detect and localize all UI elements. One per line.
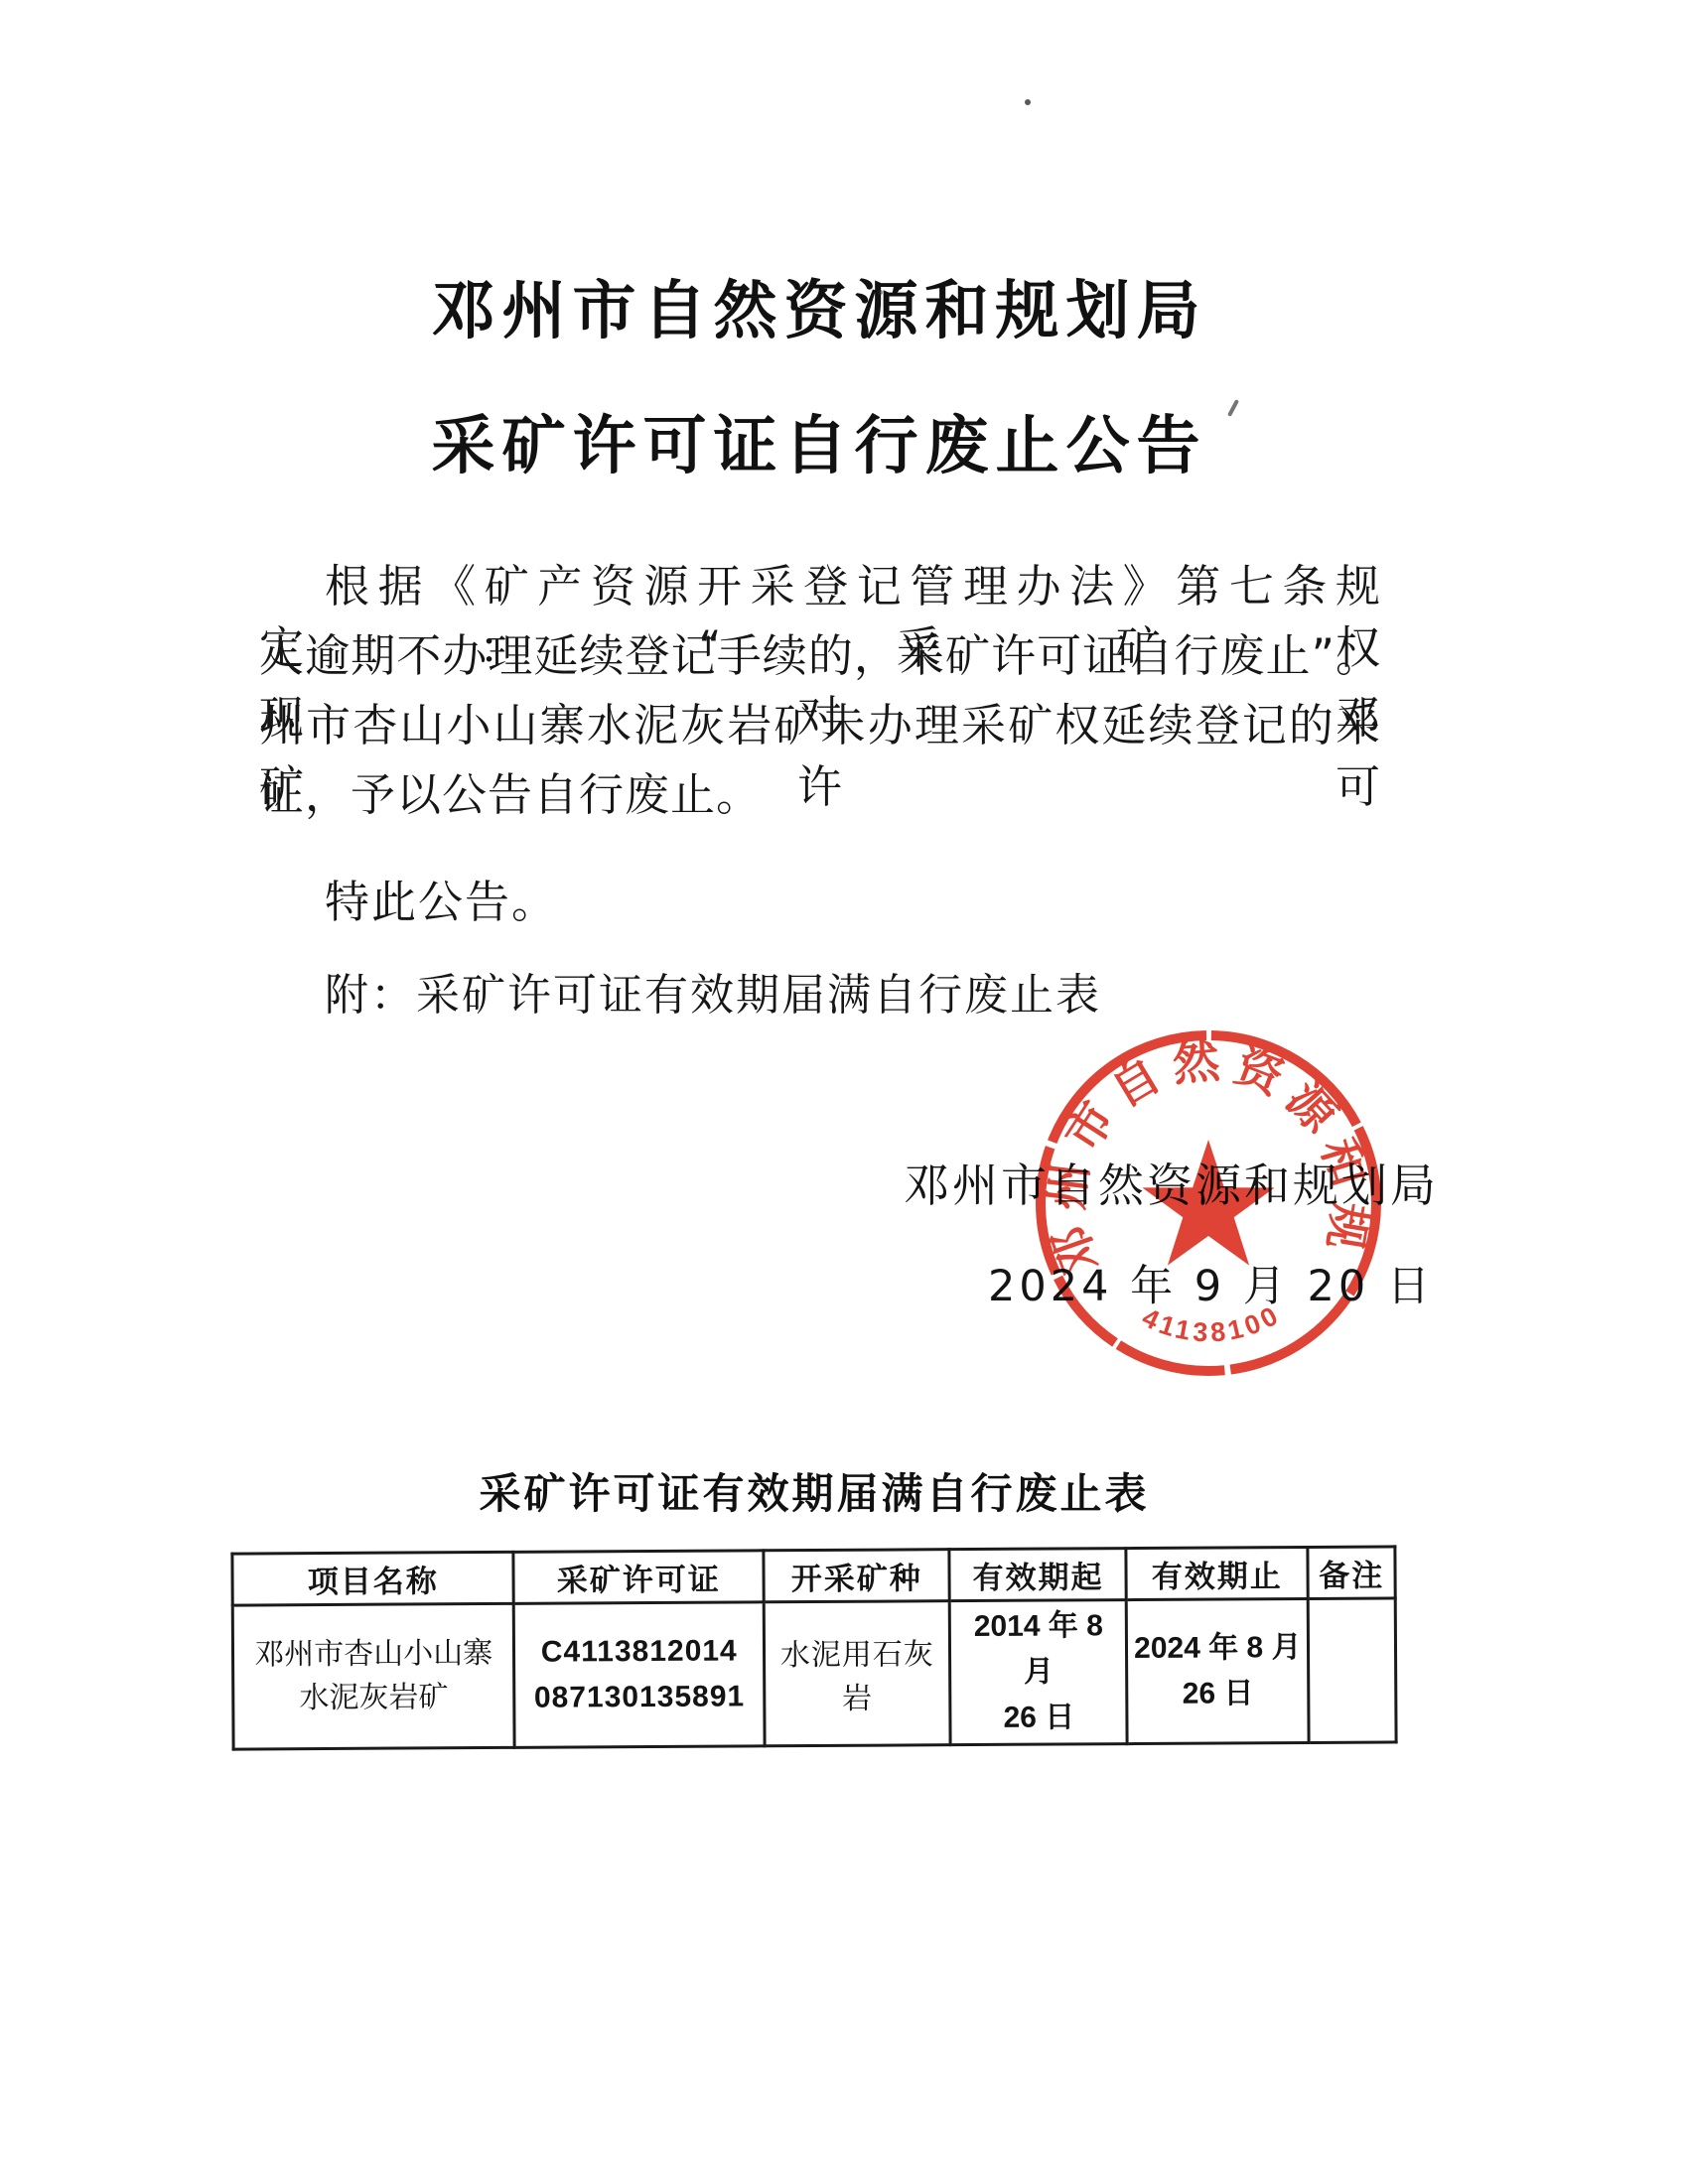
- table-row: 邓州市杏山小山寨 水泥灰岩矿 C4113812014 087130135891 …: [232, 1598, 1396, 1749]
- valid-from-line2: 26 日: [956, 1695, 1122, 1741]
- document-title-line2: 采矿许可证自行废止公告: [258, 411, 1380, 482]
- license-line1: C4113812014: [519, 1628, 759, 1675]
- header-project-name: 项目名称: [232, 1552, 514, 1605]
- document-page: 邓州市自然资源和规划局 采矿许可证自行废止公告 根据《矿产资源开采登记管理办法》…: [0, 0, 1688, 2184]
- project-name-line2: 水泥灰岩矿: [238, 1676, 509, 1721]
- project-name-line1: 邓州市杏山小山寨: [238, 1632, 509, 1678]
- valid-to-line2: 26 日: [1133, 1671, 1304, 1717]
- cell-valid-from: 2014 年 8 月 26 日: [950, 1600, 1128, 1745]
- valid-to-line1: 2024 年 8 月: [1132, 1625, 1303, 1672]
- header-mineral: 开采矿种: [764, 1550, 950, 1602]
- valid-from-line1: 2014 年 8 月: [955, 1603, 1122, 1696]
- header-license-no: 采矿许可证: [513, 1551, 764, 1604]
- license-line2: 087130135891: [520, 1674, 760, 1720]
- scan-dot-artifact: [878, 290, 883, 295]
- cell-project-name: 邓州市杏山小山寨 水泥灰岩矿: [232, 1603, 514, 1749]
- header-valid-to: 有效期止: [1126, 1547, 1308, 1599]
- table-header-row: 项目名称 采矿许可证 开采矿种 有效期起 有效期止 备注: [232, 1547, 1395, 1605]
- cell-mineral: 水泥用石灰岩: [764, 1601, 950, 1746]
- body-line-1: 根据《矿产资源开采登记管理办法》第七条规定：“采矿权: [259, 556, 1381, 625]
- document-title-line1: 邓州市自然资源和规划局: [258, 276, 1380, 347]
- body-paragraph: 根据《矿产资源开采登记管理办法》第七条规定：“采矿权 人逾期不办理延续登记手续的…: [259, 556, 1381, 834]
- scan-dot-artifact: [1025, 99, 1031, 105]
- license-table: 项目名称 采矿许可证 开采矿种 有效期起 有效期止 备注 邓州市杏山小山寨 水泥…: [230, 1545, 1397, 1750]
- body-line-2: 人逾期不办理延续登记手续的，采矿许可证自行废止”。现对邓: [259, 625, 1381, 695]
- attachment-note: 附：采矿许可证有效期届满自行废止表: [325, 959, 1101, 1023]
- closing-statement: 特此公告。: [325, 866, 558, 930]
- issue-date: 2024 年 9 月 20 日: [988, 1253, 1434, 1313]
- cell-license-no: C4113812014 087130135891: [514, 1602, 766, 1748]
- issuer-name: 邓州市自然资源和规划局: [904, 1150, 1439, 1215]
- cell-remark: [1308, 1598, 1396, 1743]
- header-remark: 备注: [1308, 1547, 1395, 1599]
- header-valid-from: 有效期起: [949, 1549, 1126, 1601]
- cell-valid-to: 2024 年 8 月 26 日: [1127, 1598, 1310, 1743]
- body-line-3: 州市杏山小山寨水泥灰岩矿未办理采矿权延续登记的采矿许可: [259, 695, 1381, 764]
- table-title: 采矿许可证有效期届满自行废止表: [231, 1461, 1397, 1521]
